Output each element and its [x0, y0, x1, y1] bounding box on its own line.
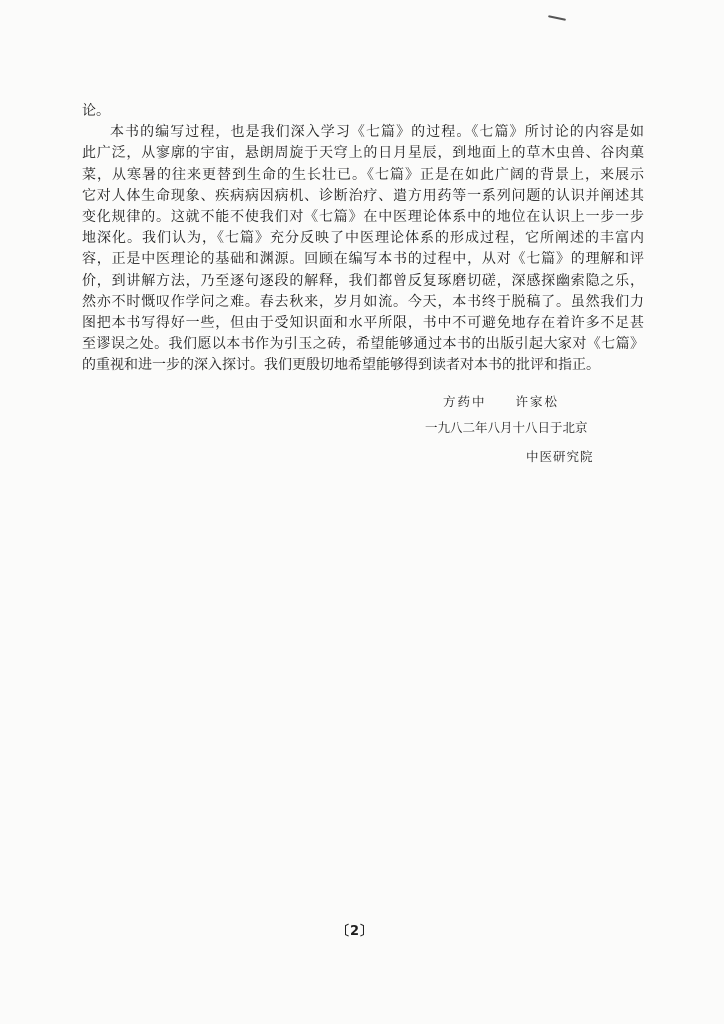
body-text: 论。 本书的编写过程，也是我们深入学习《七篇》的过程。《七篇》所讨论的内容是如 …: [82, 101, 644, 376]
text-line: 至谬误之处。我们愿以本书作为引玉之砖，希望能够通过本书的出版引起大家对《七篇》: [82, 334, 644, 355]
signature-date: 一九八二年八月十八日于北京: [425, 418, 588, 436]
text-line: 地深化。我们认为，《七篇》充分反映了中医理论体系的形成过程，它所阐述的丰富内: [82, 228, 644, 249]
text-line: 变化规律的。这就不能不使我们对《七篇》在中医理论体系中的地位在认识上一步一步: [82, 207, 644, 228]
text-line: 此广泛，从寥廓的宇宙，悬朗周旋于天穹上的日月星辰，到地面上的草木虫兽、谷肉菓: [82, 143, 644, 164]
pen-mark: [548, 15, 566, 21]
text-line: 本书的编写过程，也是我们深入学习《七篇》的过程。《七篇》所讨论的内容是如: [82, 122, 644, 143]
signature-organization: 中医研究院: [526, 447, 594, 465]
text-line: 图把本书写得好一些，但由于受知识面和水平所限，书中不可避免地存在着许多不足甚: [82, 313, 644, 334]
text-line: 它对人体生命现象、疾病病因病机、诊断治疗、遣方用药等一系列问题的认识并阐述其: [82, 186, 644, 207]
text-line: 论。: [82, 101, 644, 122]
text-line: 价，到讲解方法，乃至逐句逐段的解释，我们都曾反复琢磨切磋，深感探幽索隐之乐，: [82, 271, 644, 292]
text-line: 的重视和进一步的深入探讨。我们更殷切地希望能够得到读者对本书的批评和指正。: [82, 355, 644, 376]
text-line: 容，正是中医理论的基础和渊源。回顾在编写本书的过程中，从对《七篇》的理解和评: [82, 249, 644, 270]
text-line: 菜，从寒暑的往来更替到生命的生长壮已。《七篇》正是在如此广阔的背景上，来展示: [82, 165, 644, 186]
text-line: 然亦不时慨叹作学问之难。春去秋来，岁月如流。今天，本书终于脱稿了。虽然我们力: [82, 292, 644, 313]
signature-authors: 方药中 许家松: [443, 392, 559, 410]
page-number: 〔2〕: [336, 920, 374, 939]
